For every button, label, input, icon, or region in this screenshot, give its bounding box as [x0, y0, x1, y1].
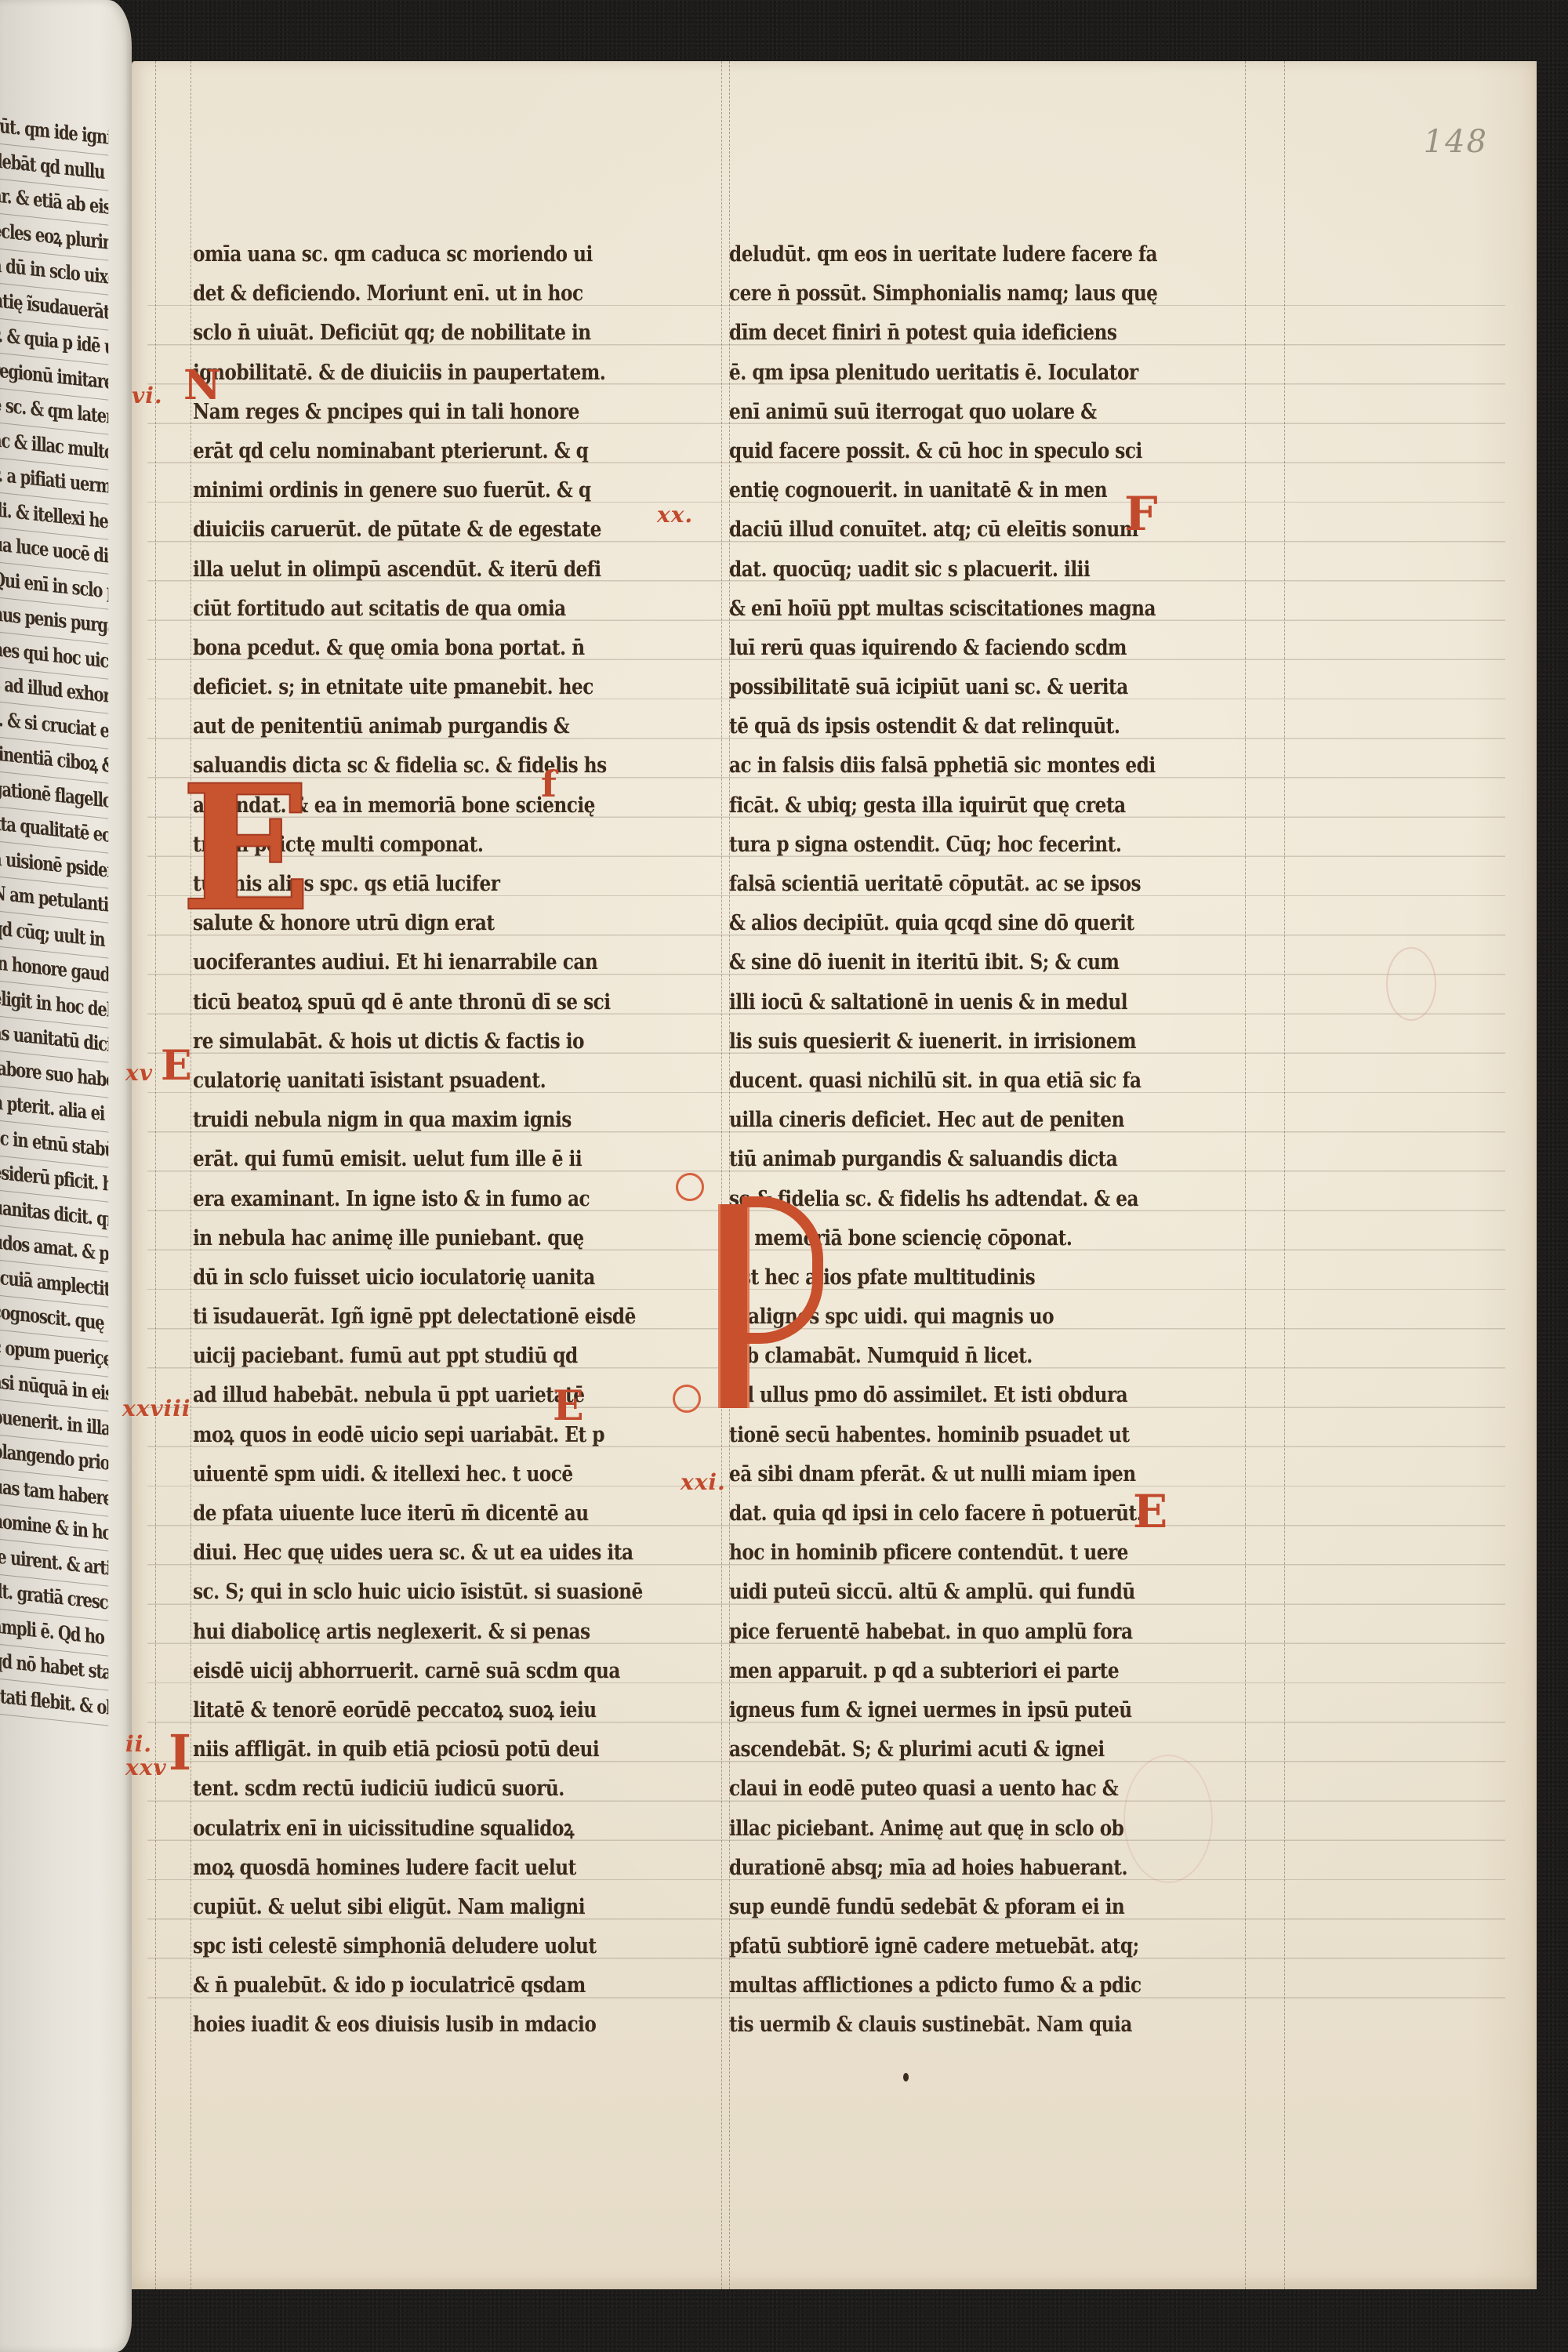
text-line: cupiūt. & uelut sibi eligūt. Nam maligni	[193, 1888, 624, 1927]
faint-mark	[1123, 1755, 1213, 1883]
margin-numeral: xx.	[657, 502, 693, 528]
text-line: enī animū suū iterrogat quo uolare &	[729, 393, 1174, 432]
text-line: in nebula hac animę ille puniebant. quę	[193, 1219, 624, 1258]
text-line: bona pcedut. & quę omia bona portat. n̄	[193, 629, 624, 668]
text-line: multas afflictiones a pdicto fumo & a pd…	[729, 1966, 1174, 2005]
initial-e: E	[161, 1046, 192, 1087]
margin-numeral: xxi.	[681, 1469, 726, 1495]
text-line: & enī hoīū ppt multas sciscitationes mag…	[729, 590, 1174, 629]
text-line: uiuentē spm uidi. & itellexi hec. t uocē	[193, 1455, 624, 1494]
text-line: spc isti celestē simphoniā deludere uolu…	[193, 1927, 624, 1966]
text-line: pice feruentē habebat. in quo amplū fora	[729, 1613, 1174, 1652]
text-line: de pfata uiuente luce iterū m̄ dicentē a…	[193, 1494, 624, 1534]
faint-mark	[1386, 947, 1436, 1021]
text-line: ficāt. & ubiq; gesta illa iquirūt quę cr…	[729, 786, 1174, 826]
verso-page-fragment: rūt. qm ide ignis tantadebāt qd nullu ad…	[0, 0, 132, 2352]
text-line: ē. qm ipsa plenitudo ueritatis ē. Iocula…	[729, 354, 1174, 393]
text-column-a: omīa uana sc. qm caduca sc moriendo uide…	[193, 235, 695, 2045]
text-line: cere n̄ possūt. Simphonialis namq; laus …	[729, 274, 1174, 314]
text-line: ticū beatoꝝ spuū qd ē ante thronū dī se …	[193, 983, 624, 1022]
margin-numeral: ii. xxv	[125, 1733, 167, 1780]
verso-text-block: rūt. qm ide ignis tantadebāt qd nullu ad…	[0, 108, 132, 1713]
text-line: ducent. quasi nichilū sit. in qua etiā s…	[729, 1062, 1174, 1101]
text-line: uidi puteū siccū. altū & amplū. qui fund…	[729, 1573, 1174, 1612]
text-line: diui. Hec quę uides uera sc. & ut ea uid…	[193, 1534, 624, 1573]
initial-e: E	[553, 1386, 584, 1427]
text-line: & alios decipiūt. quia qcqd sine dō quer…	[729, 904, 1174, 943]
text-line: ascendebāt. S; & plurimi acuti & ignei	[729, 1730, 1174, 1769]
text-line: lis suis quesierit & iuenerit. in irrisi…	[729, 1022, 1174, 1062]
text-line: daciū illud conuītet. atq; cū eleītis so…	[729, 510, 1174, 550]
text-line: quid facere possit. & cū hoc in speculo …	[729, 432, 1174, 471]
text-line: uilla cineris deficiet. Hec aut de penit…	[729, 1101, 1174, 1140]
text-line: erāt. qui fumū emisit. uelut fum ille ē …	[193, 1140, 624, 1179]
text-line: deludūt. qm eos in ueritate ludere facer…	[729, 235, 1174, 274]
text-line: sc. S; qui in sclo huic uicio īsistūt. s…	[193, 1573, 624, 1612]
text-line: hui diabolicę artis neglexerit. & si pen…	[193, 1613, 624, 1652]
text-line: uicij paciebant. fumū aut ppt studiū qd	[193, 1337, 624, 1376]
text-line: aut de penitentiū animab purgandis &	[193, 707, 624, 746]
text-line: claui in eodē puteo quasi a uento hac &	[729, 1769, 1174, 1809]
text-line: culatorię uanitati īsistant psuadent.	[193, 1062, 624, 1101]
text-line: sclo n̄ uiuāt. Deficiūt qq; de nobilitat…	[193, 314, 624, 353]
text-line: minimi ordinis in genere suo fuerūt. & q	[193, 471, 624, 510]
text-line: Nam reges & pncipes qui in tali honore	[193, 393, 624, 432]
text-line: dat. quocūq; uadit sic s placuerit. ilii	[729, 550, 1174, 590]
text-line: moꝝ quosdā homines ludere facit uelut	[193, 1849, 624, 1888]
text-line: deficiet. s; in etnitate uite pmanebit. …	[193, 668, 624, 707]
text-line: tē quā ds ipsis ostendit & dat relinquūt…	[729, 707, 1174, 746]
text-line: ti īsudauerāt. Igñ ignē ppt delectationē…	[193, 1298, 624, 1337]
text-line: men apparuit. p qd a subteriori ei parte	[729, 1652, 1174, 1691]
text-line: erāt qd celu nominabant pterierunt. & q	[193, 432, 624, 471]
text-line: ac in falsis diis falsā pphetiā sic mont…	[729, 746, 1174, 786]
text-line: re simulabāt. & hois ut dictis & factis …	[193, 1022, 624, 1062]
text-line: tis uermib & clauis sustinebāt. Nam quia	[729, 2005, 1174, 2045]
text-line: luī rerū quas iquirendo & faciendo scdm	[729, 629, 1174, 668]
text-line: oculatrix enī in uicissitudine squalidoꝝ	[193, 1809, 624, 1849]
text-line: hoc in hominib pficere contendūt. t uere	[729, 1534, 1174, 1573]
text-line: durationē absq; mīa ad hoies habuerant.	[729, 1849, 1174, 1888]
text-line: litatē & tenorē eorūdē peccatoꝝ suoꝝ iei…	[193, 1691, 624, 1730]
text-line: dat. quia qd ipsi in celo facere n̄ potu…	[729, 1494, 1174, 1534]
margin-numeral: vi.	[132, 383, 163, 408]
text-line: illi iocū & saltationē in uenis & in med…	[729, 983, 1174, 1022]
initial-f: F	[1124, 491, 1158, 538]
flourish-icon	[673, 1385, 701, 1413]
text-line: illac piciebant. Animę aut quę in sclo o…	[729, 1809, 1174, 1849]
initial-n: N	[183, 365, 221, 406]
text-line: ciūt fortitudo aut scitatis de qua omia	[193, 590, 624, 629]
text-line: omīa uana sc. qm caduca sc moriendo ui	[193, 235, 624, 274]
text-line: tent. scdm rectū iudiciū iudicū suorū.	[193, 1769, 624, 1809]
flourish-icon	[676, 1173, 704, 1201]
folio-number: 148	[1424, 124, 1488, 160]
text-line: & n̄ pualebūt. & ido p ioculatricē qsdam	[193, 1966, 624, 2005]
text-line: era examinant. In igne isto & in fumo ac	[193, 1180, 624, 1219]
text-line: eā sibi dnam pferāt. & ut nulli miam ipe…	[729, 1455, 1174, 1494]
text-line: igneus fum & ignei uermes in ipsū puteū	[729, 1691, 1174, 1730]
text-line: falsā scientiā ueritatē cōputāt. ac se i…	[729, 865, 1174, 904]
text-line: ignobilitatē. & de diuiciis in paupertat…	[193, 354, 624, 393]
text-line: sup eundē fundū sedebāt & pforam ei in	[729, 1888, 1174, 1927]
text-line: tionē secū habentes. hominib psuadet ut	[729, 1416, 1174, 1455]
text-line: truidi nebula nigm in qua maxim ignis	[193, 1101, 624, 1140]
text-line: pfatū subtiorē ignē cadere metuebāt. atq…	[729, 1927, 1174, 1966]
initial-e-decorated: E	[180, 762, 274, 911]
text-line: dū in sclo fuisset uicio ioculatorię uan…	[193, 1258, 624, 1298]
text-line: illa uelut in olimpū ascendūt. & iterū d…	[193, 550, 624, 590]
initial-e: E	[1133, 1489, 1167, 1534]
text-line: & sine dō iuenit in iteritū ibit. S; & c…	[729, 943, 1174, 982]
text-line: hoies iuadit & eos diuisis lusib in mdac…	[193, 2005, 624, 2045]
text-line: tura p signa ostendit. Cūq; hoc fecerint…	[729, 826, 1174, 865]
text-line: possibilitatē suā icipiūt uani sc. & uer…	[729, 668, 1174, 707]
margin-numeral: xxviii	[122, 1396, 191, 1421]
text-line: dīm decet finiri n̄ potest quia ideficie…	[729, 314, 1174, 353]
text-line: niis affligāt. in quib etiā pciosū potū …	[193, 1730, 624, 1769]
initial-f-small: f	[541, 766, 557, 802]
recto-page: 148 omīa uana sc. qm caduca sc moriendo …	[132, 61, 1537, 2289]
initial-p-bowl	[742, 1196, 823, 1344]
text-line: entię cognouerit. in uanitatē & in men	[729, 471, 1174, 510]
text-line: diuiciis caruerūt. de pūtate & de egesta…	[193, 510, 624, 550]
text-line: eisdē uicij abhorruerit. carnē suā scdm …	[193, 1652, 624, 1691]
margin-numeral: xv	[125, 1060, 153, 1086]
initial-p-decorated	[681, 1173, 822, 1416]
initial-i: I	[169, 1729, 191, 1777]
text-line: det & deficiendo. Moriunt enī. ut in hoc	[193, 274, 624, 314]
ink-dot	[903, 2073, 909, 2082]
